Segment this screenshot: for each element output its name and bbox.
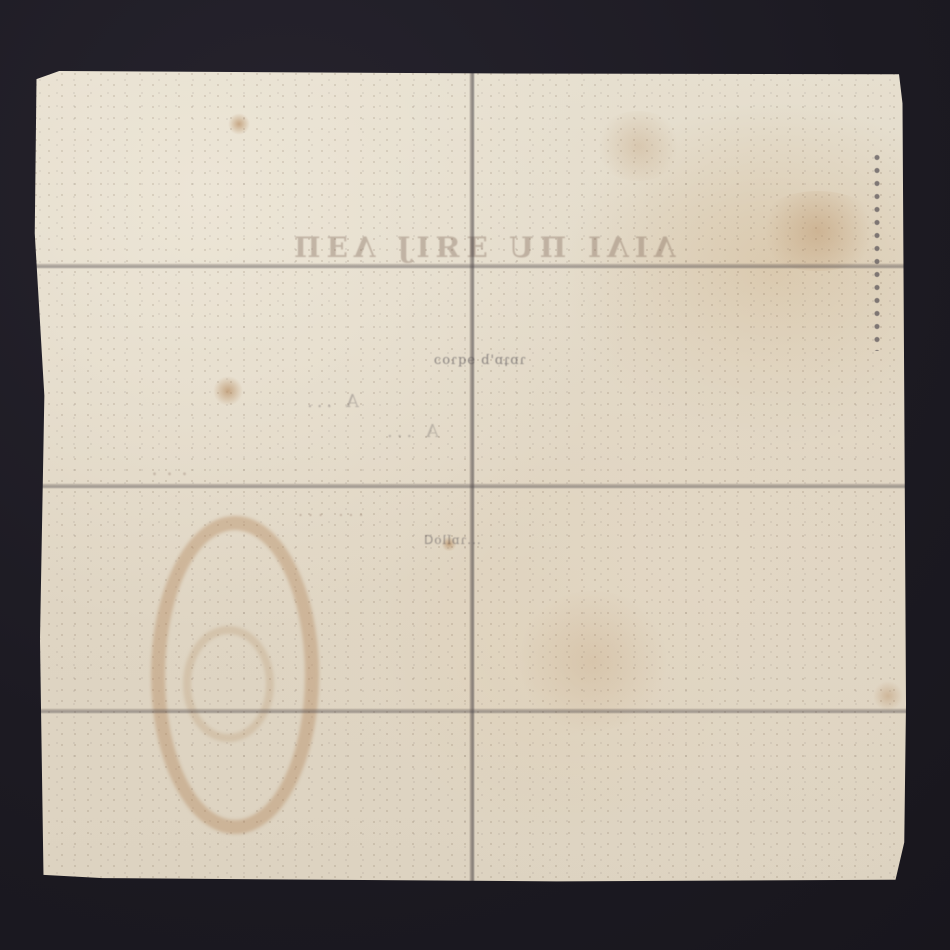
border-ornament xyxy=(870,151,884,351)
rust-spot xyxy=(213,376,243,406)
horizontal-fold xyxy=(33,708,906,714)
vertical-fold xyxy=(469,71,475,883)
show-through-text: ... ... xyxy=(293,501,364,520)
water-stain xyxy=(753,191,883,271)
show-through-title: ΛΙΛΙ ΠU ƎЯIJ ΛƎΠ xyxy=(288,231,676,264)
horizontal-fold xyxy=(33,263,906,269)
show-through-text: ... xyxy=(143,456,188,481)
show-through-text: A ... xyxy=(303,391,359,412)
rust-spot xyxy=(873,681,903,711)
oval-stamp-inner xyxy=(183,626,274,742)
show-through-text: ɿɒʇɒ'b ɘqɿoɔ xyxy=(433,353,526,368)
rust-spot xyxy=(228,113,250,135)
water-stain xyxy=(593,111,683,181)
banknote-reverse: ΛΙΛΙ ΠU ƎЯIJ ΛƎΠ ɿɒʇɒ'b ɘqɿoɔ A ... A ..… xyxy=(33,71,906,883)
show-through-text: A ... xyxy=(383,421,439,442)
horizontal-fold xyxy=(33,483,906,489)
